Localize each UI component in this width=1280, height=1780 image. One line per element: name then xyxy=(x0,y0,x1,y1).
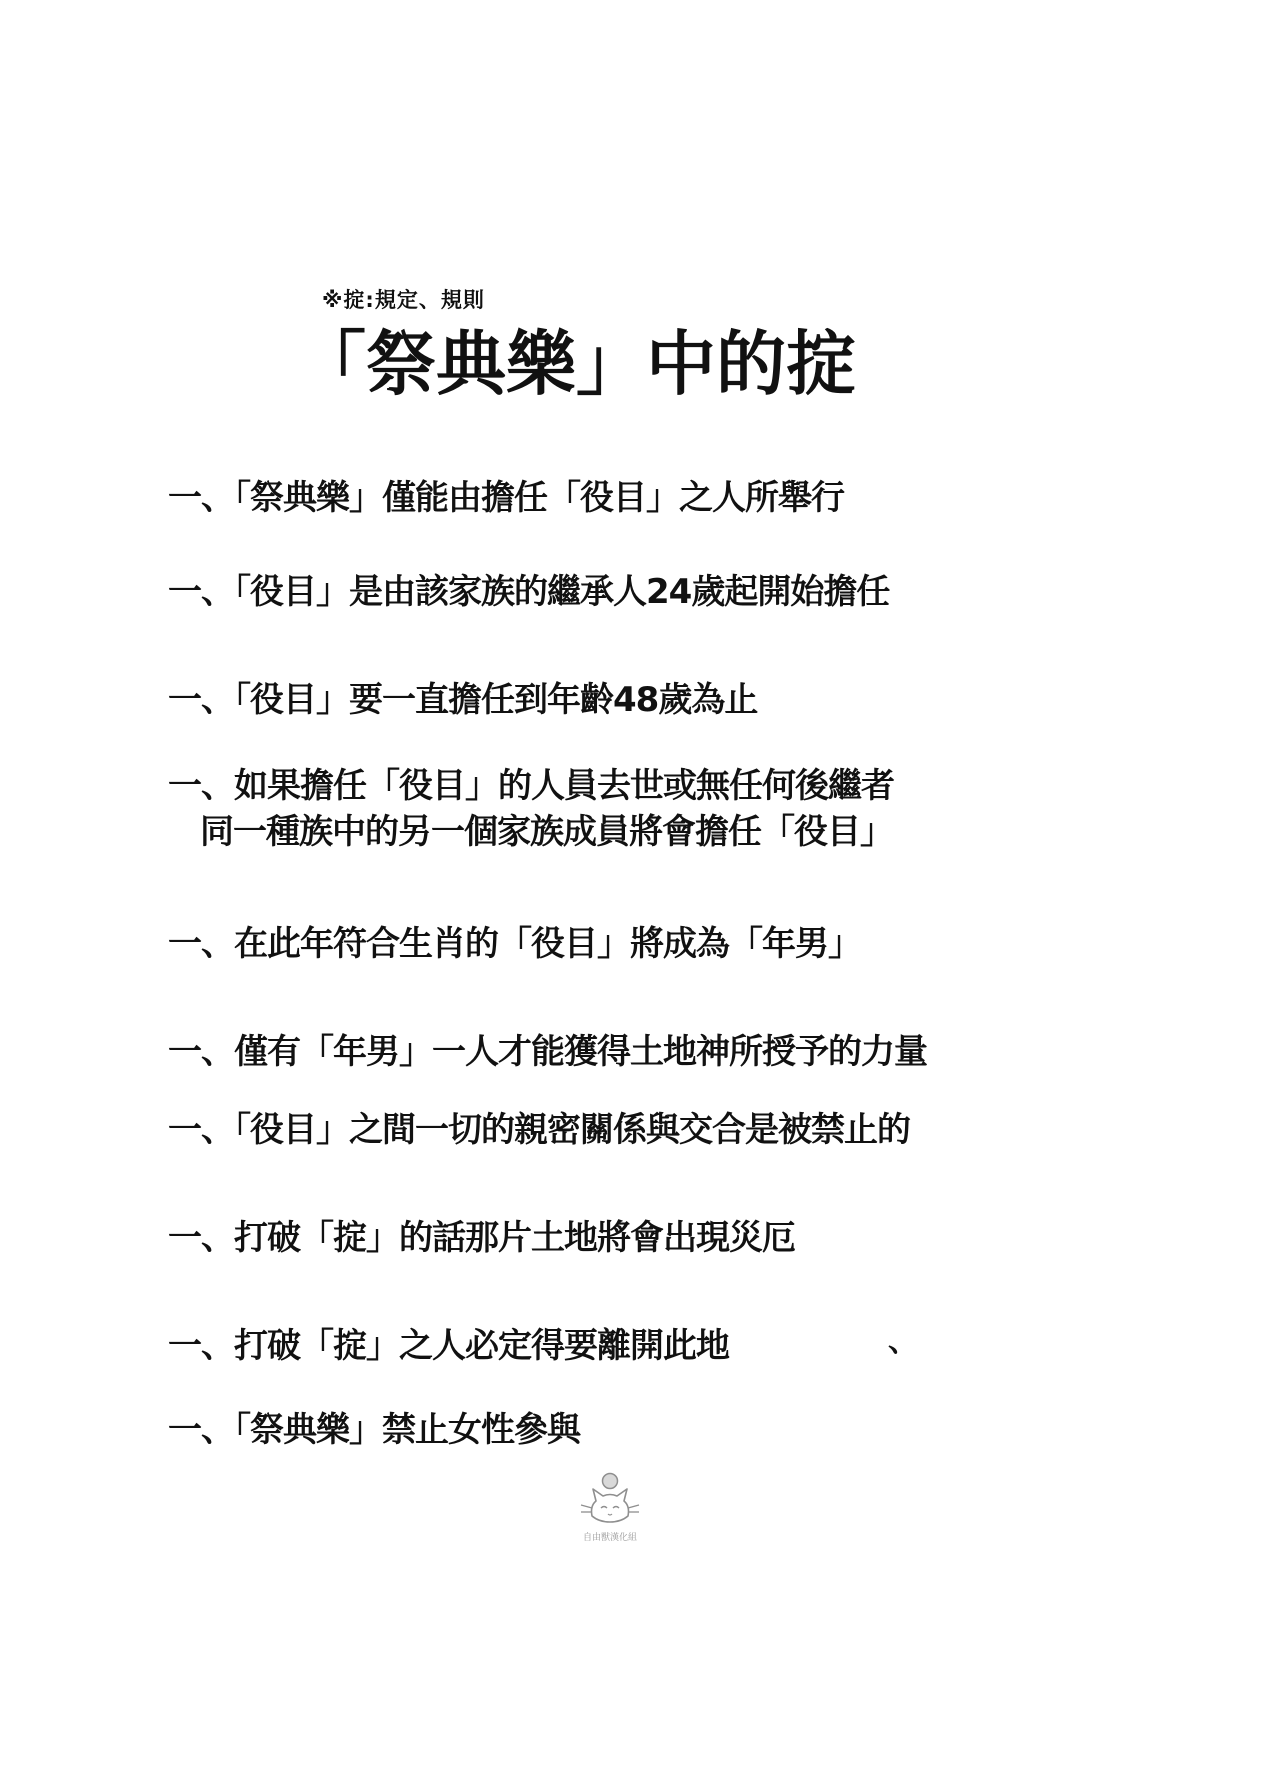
rule-line-8: 一、打破「掟」的話那片土地將會出現災厄 xyxy=(168,1210,795,1259)
rule-line-4-continuation: 同一種族中的另一個家族成員將會擔任「役目」 xyxy=(200,804,893,853)
stray-comma-mark: 、 xyxy=(888,1316,918,1360)
rule-line-7: 一、「役目」之間一切的親密關係與交合是被禁止的 xyxy=(168,1102,910,1151)
scanlation-cat-logo-icon xyxy=(579,1472,641,1528)
page-title: 「祭典樂」中的掟 xyxy=(296,308,856,409)
rule-line-6: 一、僅有「年男」一人才能獲得土地神所授予的力量 xyxy=(168,1024,927,1073)
scanned-rules-page: ※掟:規定、規則 「祭典樂」中的掟 一、「祭典樂」僅能由擔任「役目」之人所舉行 … xyxy=(0,0,1280,1780)
rule-line-4: 一、如果擔任「役目」的人員去世或無任何後繼者 xyxy=(168,758,894,807)
scanlation-group-name: 自由獸漢化組 xyxy=(575,1530,645,1543)
rule-line-10: 一、「祭典樂」禁止女性參與 xyxy=(168,1402,580,1451)
rule-line-1: 一、「祭典樂」僅能由擔任「役目」之人所舉行 xyxy=(168,470,844,519)
scanlation-watermark: 自由獸漢化組 xyxy=(575,1472,645,1543)
rule-line-3: 一、「役目」要一直擔任到年齡48歲為止 xyxy=(168,672,757,721)
rule-line-9: 一、打破「掟」之人必定得要離開此地 xyxy=(168,1318,729,1367)
rule-line-2: 一、「役目」是由該家族的繼承人24歲起開始擔任 xyxy=(168,564,889,613)
rule-line-5: 一、在此年符合生肖的「役目」將成為「年男」 xyxy=(168,916,861,965)
